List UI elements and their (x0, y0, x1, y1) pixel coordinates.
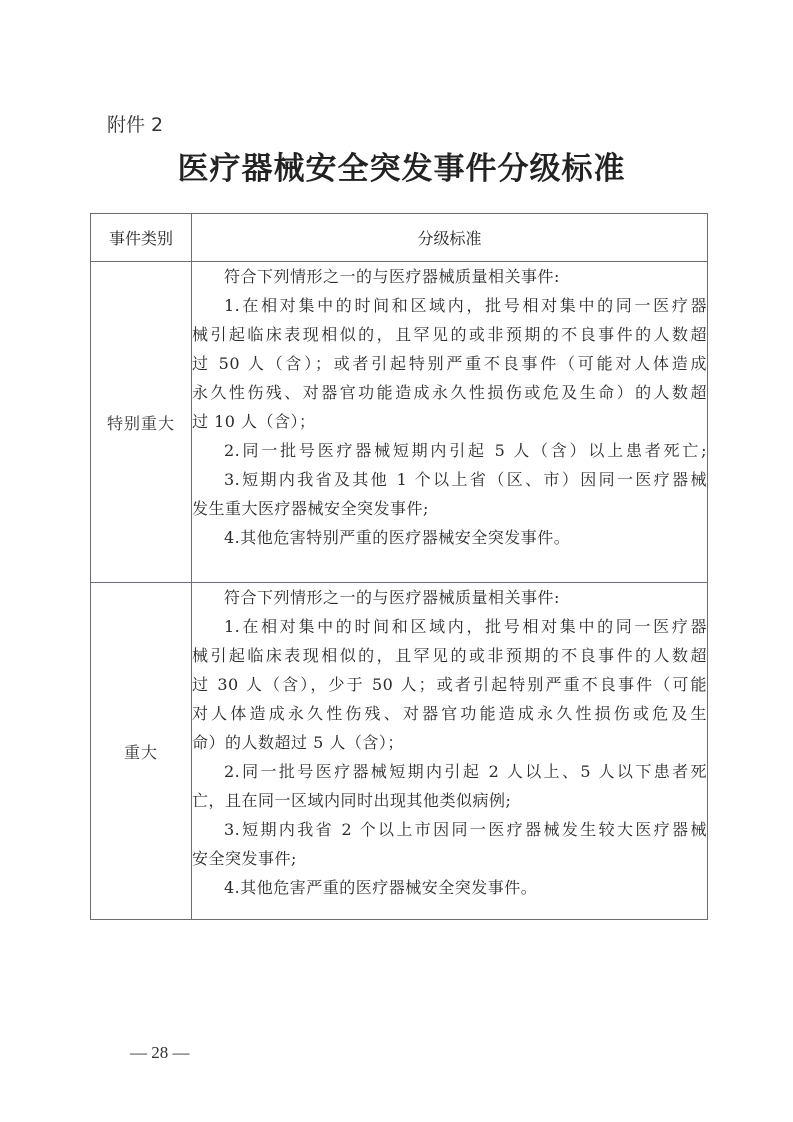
criteria-line: 2.同一批号医疗器械短期内引起 5 人（含）以上患者死亡; (192, 436, 707, 465)
criteria-line: 1.在相对集中的时间和区域内，批号相对集中的同一医疗器 (192, 612, 707, 641)
criteria-line: 符合下列情形之一的与医疗器械质量相关事件: (192, 262, 707, 291)
criteria-line: 3.短期内我省 2 个以上市因同一医疗器械发生较大医疗器械 (192, 815, 707, 844)
criteria-line: 过 50 人（含）；或者引起特别严重不良事件（可能对人体造成 (192, 349, 707, 378)
table-row: 重大 符合下列情形之一的与医疗器械质量相关事件:1.在相对集中的时间和区域内，批… (91, 583, 708, 920)
criteria-cell: 符合下列情形之一的与医疗器械质量相关事件:1.在相对集中的时间和区域内，批号相对… (192, 583, 708, 920)
table-header-row: 事件类别 分级标准 (91, 214, 708, 262)
criteria-line: 1.在相对集中的时间和区域内，批号相对集中的同一医疗器 (192, 291, 707, 320)
event-category-cell: 重大 (91, 583, 192, 920)
criteria-cell: 符合下列情形之一的与医疗器械质量相关事件:1.在相对集中的时间和区域内，批号相对… (192, 262, 708, 583)
criteria-line: 永久性伤残、对器官功能造成永久性损伤或危及生命）的人数超 (192, 378, 707, 407)
criteria-line: 械引起临床表现相似的，且罕见的或非预期的不良事件的人数超 (192, 641, 707, 670)
criteria-line: 发生重大医疗器械安全突发事件; (192, 494, 707, 523)
attachment-label: 附件 2 (107, 110, 163, 137)
criteria-line: 安全突发事件; (192, 844, 707, 873)
criteria-line: 命）的人数超过 5 人（含）； (192, 728, 707, 757)
classification-table: 事件类别 分级标准 特别重大 符合下列情形之一的与医疗器械质量相关事件:1.在相… (90, 213, 708, 920)
criteria-line: 4.其他危害严重的医疗器械安全突发事件。 (192, 873, 707, 902)
criteria-line: 2.同一批号医疗器械短期内引起 2 人以上、5 人以下患者死 (192, 757, 707, 786)
table-row: 特别重大 符合下列情形之一的与医疗器械质量相关事件:1.在相对集中的时间和区域内… (91, 262, 708, 583)
event-category-cell: 特别重大 (91, 262, 192, 583)
criteria-line: 4.其他危害特别严重的医疗器械安全突发事件。 (192, 523, 707, 552)
header-event-category: 事件类别 (91, 214, 192, 262)
criteria-line: 3.短期内我省及其他 1 个以上省（区、市）因同一医疗器械 (192, 465, 707, 494)
criteria-line: 过 30 人（含），少于 50 人；或者引起特别严重不良事件（可能 (192, 670, 707, 699)
criteria-line: 亡，且在同一区域内同时出现其他类似病例; (192, 786, 707, 815)
page-number: — 28 — (130, 1043, 190, 1063)
header-classification-standard: 分级标准 (192, 214, 708, 262)
criteria-line: 械引起临床表现相似的，且罕见的或非预期的不良事件的人数超 (192, 320, 707, 349)
criteria-line: 过 10 人（含）； (192, 407, 707, 436)
document-title: 医疗器械安全突发事件分级标准 (0, 143, 793, 188)
criteria-line: 对人体造成永久性伤残、对器官功能造成永久性损伤或危及生 (192, 699, 707, 728)
criteria-line: 符合下列情形之一的与医疗器械质量相关事件: (192, 583, 707, 612)
